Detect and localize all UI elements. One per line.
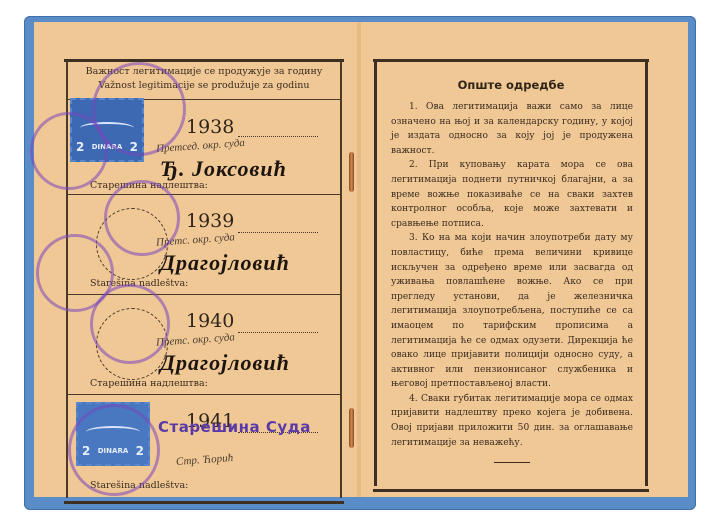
section-title: Опште одредбе (377, 78, 645, 92)
signature: Драгојловић (160, 350, 290, 376)
staple (349, 408, 354, 448)
signature: Драгојловић (160, 250, 290, 276)
rules-list: 1. Ова легитимација важи само за лице оз… (391, 100, 633, 463)
head-of-court-overprint: Старешина Суда (158, 418, 311, 436)
court-title: Стр. Ћорић (176, 452, 234, 468)
bottom-rule (373, 489, 649, 492)
signature: Ђ. Јоксовић (160, 156, 287, 182)
rule-item: 2. При куповању карата мора се ова легит… (391, 158, 633, 231)
year: 1939 (186, 210, 234, 232)
rule-item: 1. Ова легитимација важи само за лице оз… (391, 100, 633, 158)
court-seal-stamp (30, 112, 108, 190)
court-seal-stamp (90, 284, 170, 364)
general-provisions-frame: Опште одредбе 1. Ова легитимација важи с… (374, 62, 648, 486)
top-rule (373, 59, 649, 62)
staple (349, 152, 354, 192)
dotted-line (238, 332, 318, 333)
dotted-line (238, 136, 318, 137)
separator-line (494, 462, 530, 463)
dotted-line (238, 232, 318, 233)
spine-fold (357, 22, 361, 497)
authority-label: Старешина надлештва: (90, 378, 208, 389)
year: 1940 (186, 310, 234, 332)
court-seal-stamp (68, 404, 160, 496)
year: 1938 (186, 116, 234, 138)
court-seal-stamp (104, 180, 180, 256)
bottom-rule (64, 501, 344, 504)
rule-item: 4. Сваки губитак легитимације мора се од… (391, 392, 633, 450)
rule-item: 3. Ко на ма који начин злоупотреби дату … (391, 231, 633, 392)
